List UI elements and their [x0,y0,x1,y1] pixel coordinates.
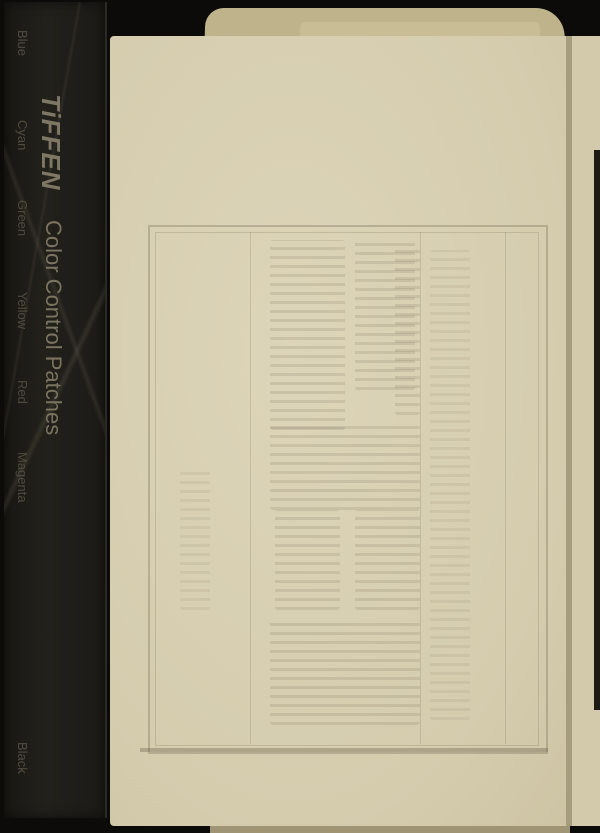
patch-label-black: Black [15,742,30,774]
bleed-through-text-column [270,620,420,725]
background-book-page-bottom [210,826,570,833]
bleed-through-text-column [395,245,420,415]
adjacent-page-shadow [594,150,600,710]
bleed-through-text-column [270,240,345,430]
bleed-through-illustration [270,420,420,510]
patch-label-magenta: Magenta [15,452,30,503]
bleed-through-text-column [180,470,210,610]
patch-label-yellow: Yellow [15,292,30,329]
bleed-through-text-column [355,510,420,610]
color-control-ruler: TiFFEN Color Control Patches Blue Cyan G… [4,2,107,818]
patch-label-red: Red [15,380,30,404]
patch-label-cyan: Cyan [15,120,30,150]
ruler-brand: TiFFEN [35,94,66,191]
bleed-through-bottom-rule [140,748,548,752]
bleed-through-text-column [430,250,470,720]
bleed-through-text-column [275,510,340,610]
bleed-through-column-rule [250,232,251,744]
patch-label-green: Green [15,200,30,236]
bleed-through-column-rule [420,232,421,744]
patch-label-blue: Blue [15,30,30,56]
bleed-through-column-rule [505,232,506,744]
ruler-product-name: Color Control Patches [40,220,66,435]
